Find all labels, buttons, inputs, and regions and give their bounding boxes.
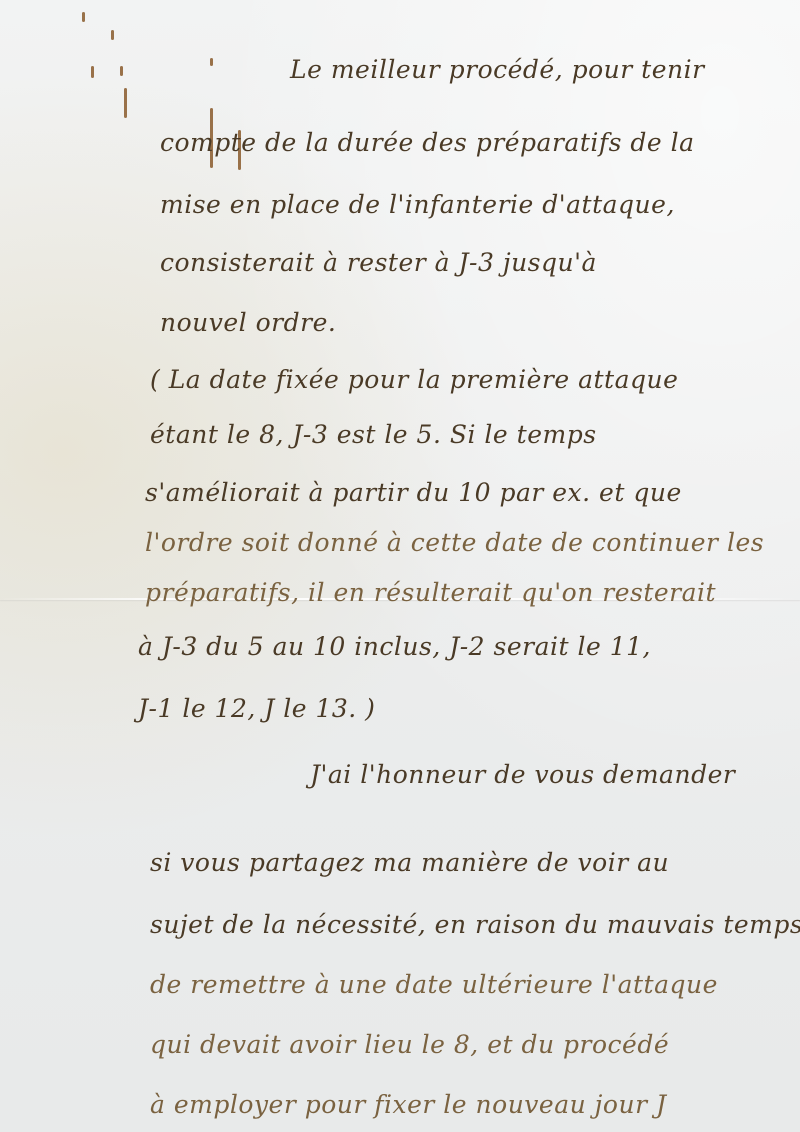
text-line: sujet de la nécessité, en raison du mauv… (150, 910, 800, 939)
text-line: à employer pour fixer le nouveau jour J (150, 1090, 667, 1119)
text-line: s'améliorait à partir du 10 par ex. et q… (145, 478, 682, 507)
ink-stain (124, 88, 127, 118)
text-line: compte de la durée des préparatifs de la (160, 128, 695, 157)
text-line: consisterait à rester à J-3 jusqu'à (160, 248, 597, 277)
ink-stain (120, 66, 123, 76)
text-line: mise en place de l'infanterie d'attaque, (160, 190, 675, 219)
letter-page: Le meilleur procédé, pour tenir compte d… (0, 0, 800, 1132)
text-line: J-1 le 12, J le 13. ) (138, 694, 375, 723)
text-line: qui devait avoir lieu le 8, et du procéd… (150, 1030, 669, 1059)
text-line: J'ai l'honneur de vous demander (310, 760, 735, 789)
text-line: ( La date fixée pour la première attaque (150, 365, 678, 394)
text-line: Le meilleur procédé, pour tenir (290, 55, 705, 84)
ink-stain (210, 58, 213, 66)
text-line: si vous partagez ma manière de voir au (150, 848, 669, 877)
text-line: de remettre à une date ultérieure l'atta… (150, 970, 718, 999)
ink-stain (91, 66, 94, 78)
text-line: à J-3 du 5 au 10 inclus, J-2 serait le 1… (138, 632, 651, 661)
text-line: préparatifs, il en résulterait qu'on res… (145, 578, 716, 607)
text-line: l'ordre soit donné à cette date de conti… (145, 528, 764, 557)
text-line: étant le 8, J-3 est le 5. Si le temps (150, 420, 597, 449)
text-line: nouvel ordre. (160, 308, 336, 337)
ink-stain (111, 30, 114, 40)
ink-stain (82, 12, 85, 22)
